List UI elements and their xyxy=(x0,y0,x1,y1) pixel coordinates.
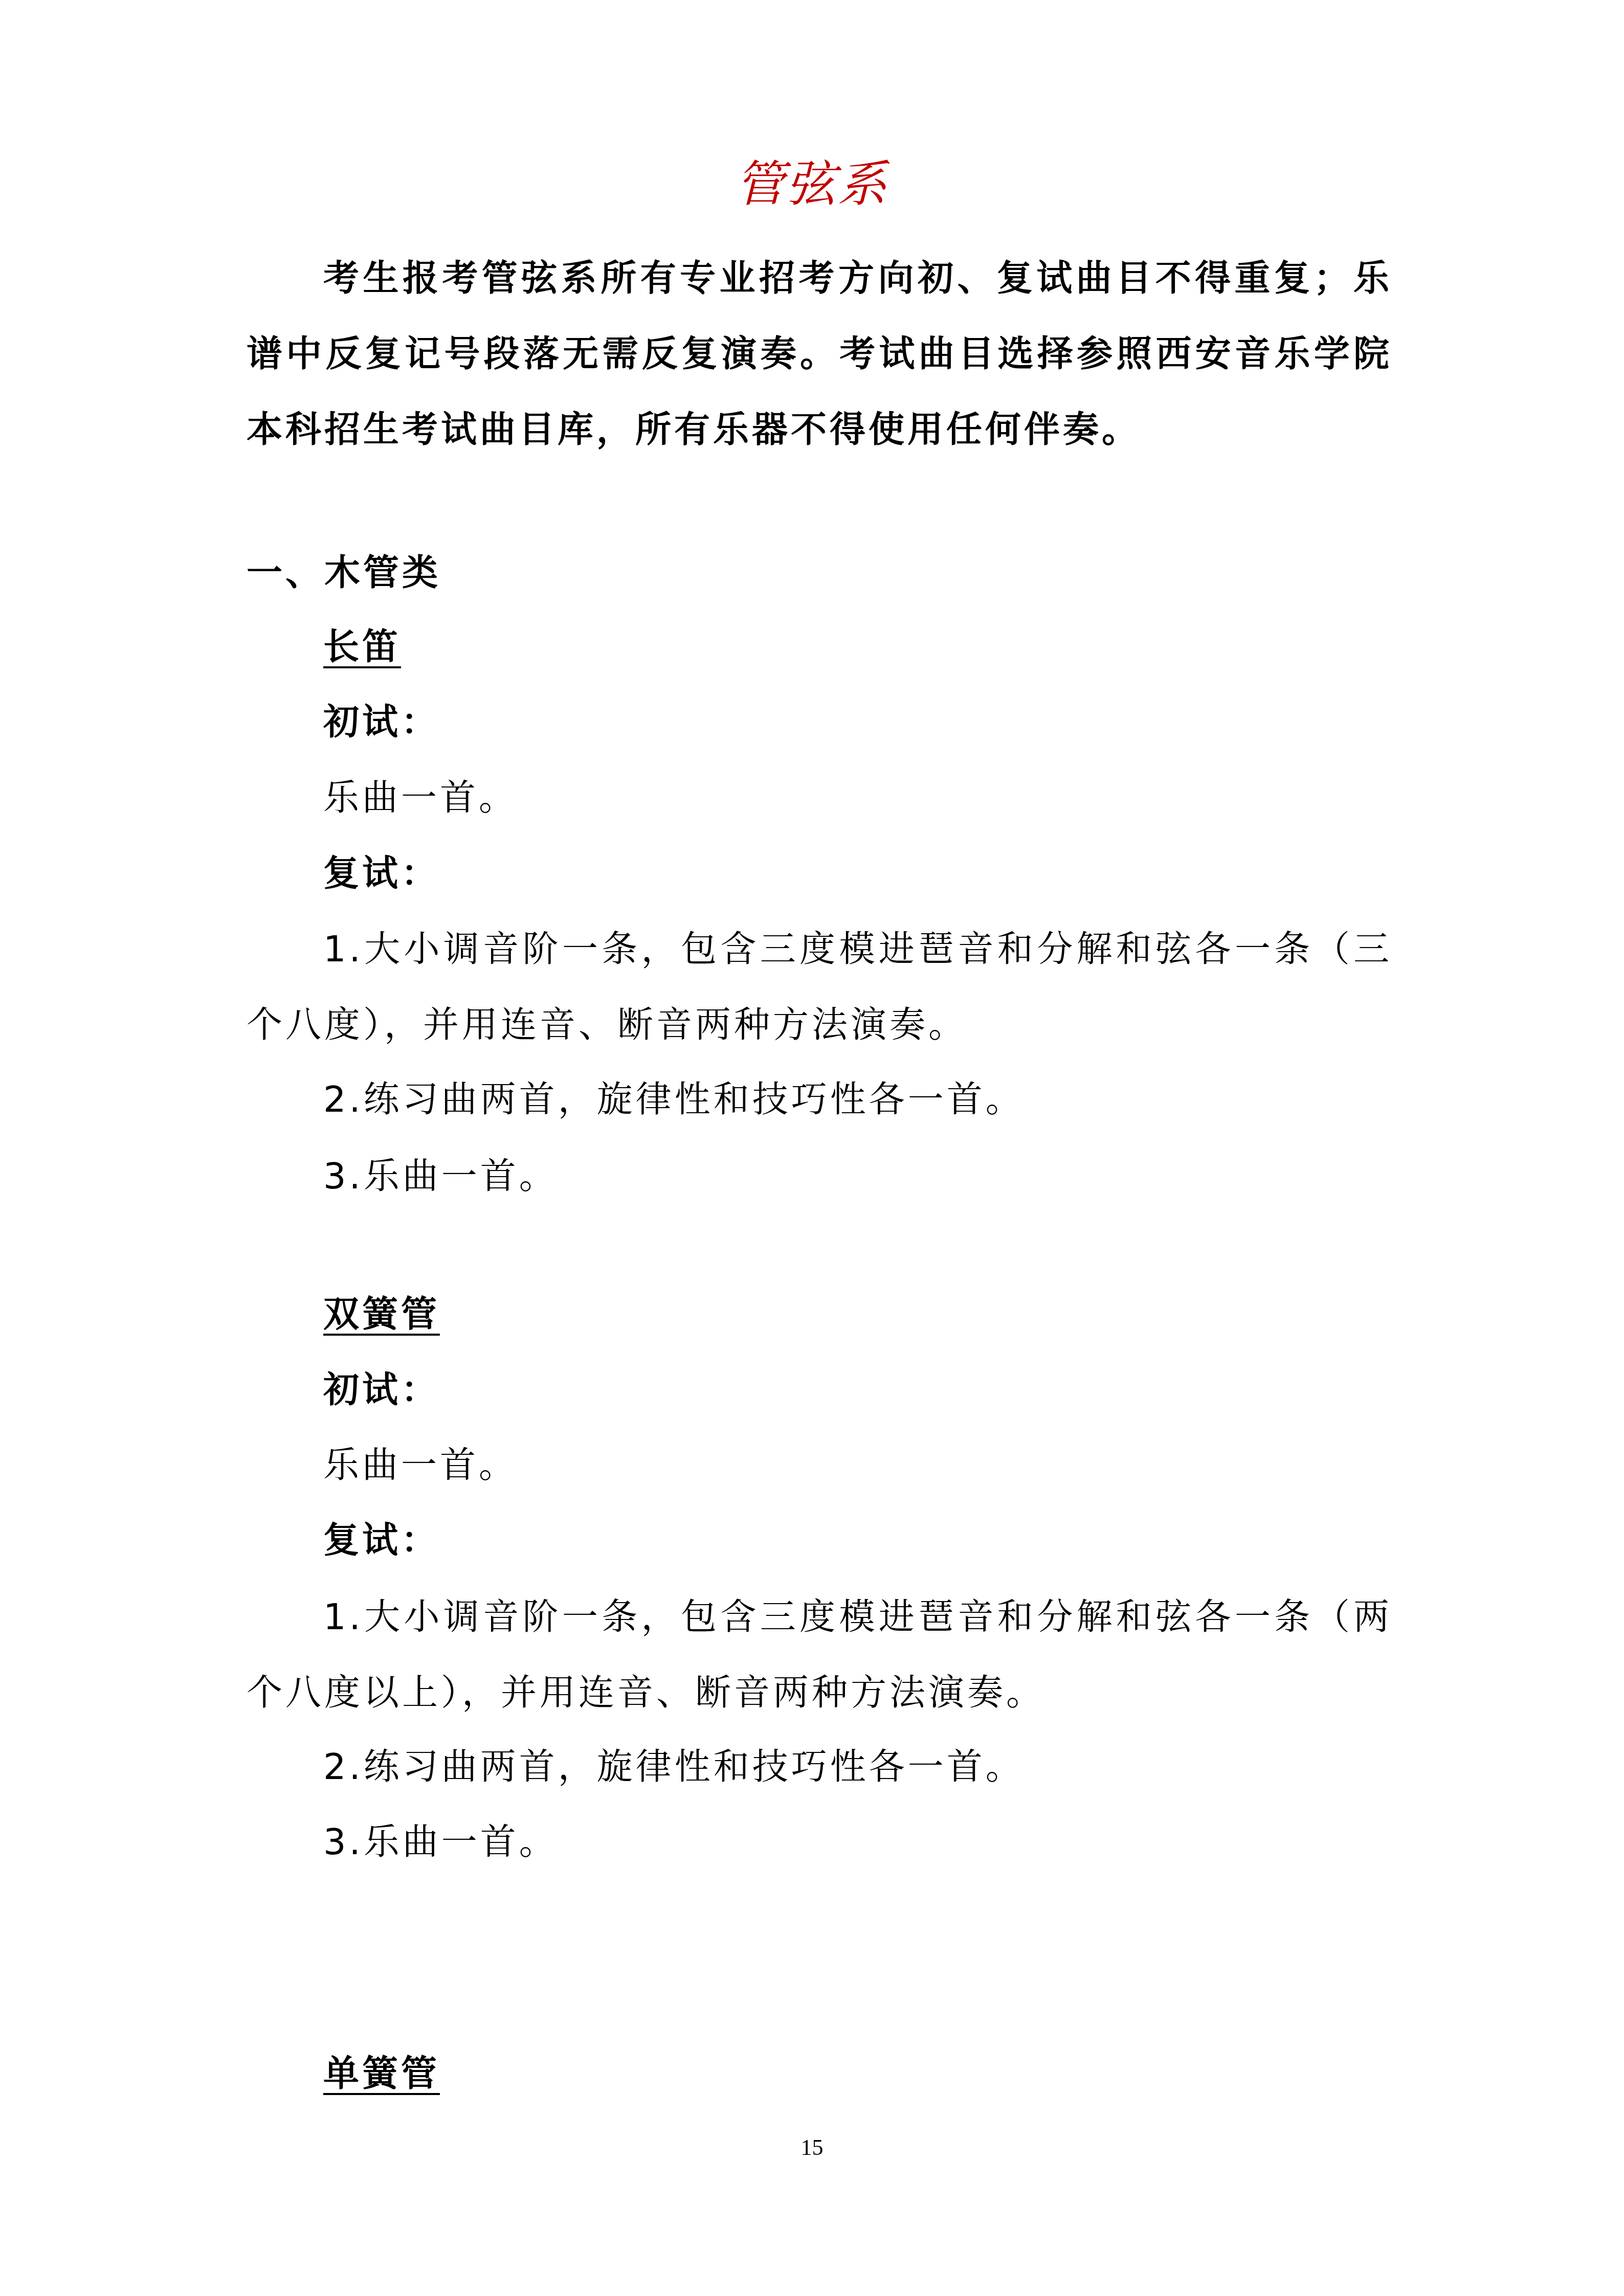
preliminary-label: 初试： xyxy=(323,696,440,748)
document-page: 管弦系 考生报考管弦系所有专业招考方向初、复试曲目不得重复；乐谱中反复记号段落无… xyxy=(0,0,1624,2296)
retest-item: 1.大小调音阶一条，包含三度模进琶音和分解和弦各一条（两个八度以上），并用连音、… xyxy=(247,1579,1392,1730)
retest-item: 3.乐曲一首。 xyxy=(323,1151,558,1202)
preliminary-item: 乐曲一首。 xyxy=(323,1439,518,1491)
instrument-heading-flute: 长笛 xyxy=(323,621,401,672)
retest-item: 2.练习曲两首，旋律性和技巧性各一首。 xyxy=(323,1741,1025,1792)
retest-label: 复试： xyxy=(323,848,440,899)
page-title: 管弦系 xyxy=(0,148,1624,220)
instrument-heading-oboe: 双簧管 xyxy=(323,1289,440,1340)
intro-paragraph: 考生报考管弦系所有专业招考方向初、复试曲目不得重复；乐谱中反复记号段落无需反复演… xyxy=(247,240,1392,467)
retest-item: 1.大小调音阶一条，包含三度模进琶音和分解和弦各一条（三个八度），并用连音、断音… xyxy=(247,911,1392,1063)
retest-item: 3.乐曲一首。 xyxy=(323,1816,558,1867)
retest-label: 复试： xyxy=(323,1515,440,1566)
preliminary-label: 初试： xyxy=(323,1364,440,1415)
page-number: 15 xyxy=(0,2132,1624,2163)
retest-item: 2.练习曲两首，旋律性和技巧性各一首。 xyxy=(323,1074,1025,1125)
preliminary-item: 乐曲一首。 xyxy=(323,772,518,823)
section-heading: 一、木管类 xyxy=(247,547,441,598)
instrument-heading-clarinet: 单簧管 xyxy=(323,2048,440,2099)
